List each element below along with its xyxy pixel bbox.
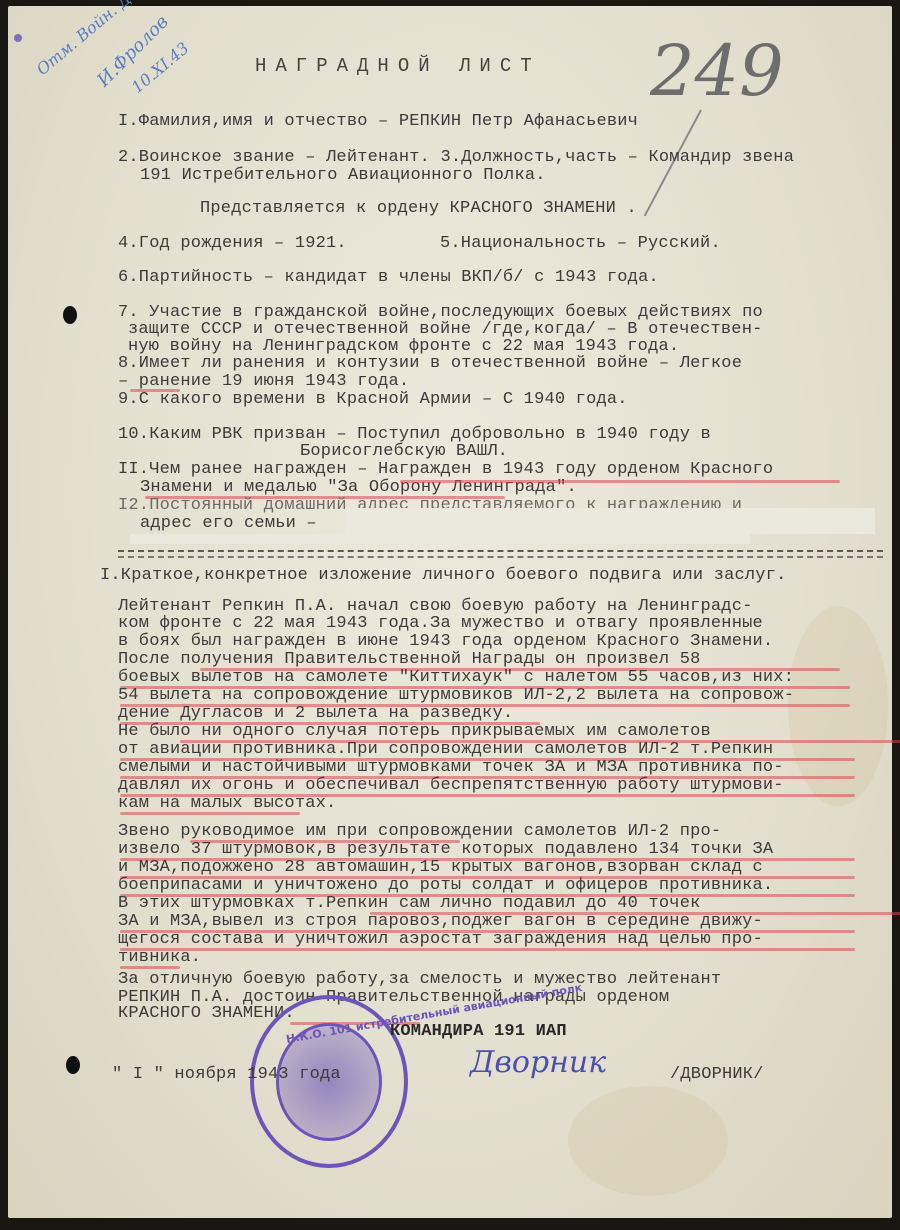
narrative-line: боевых вылетов на самолете "Киттихаук" с… — [118, 668, 794, 687]
sheet-number: 249 — [650, 30, 784, 112]
field-party: 6.Партийность – кандидат в члены ВКП/б/ … — [118, 268, 659, 287]
field-birth-year: 4.Год рождения – 1921. — [118, 234, 347, 253]
field-wounds: 8.Имеет ли ранения и контузии в отечеств… — [118, 354, 742, 373]
field-unit: 191 Истребительного Авиационного Полка. — [140, 166, 546, 185]
document-title: НАГРАДНОЙ ЛИСТ — [255, 55, 541, 77]
narrative-line: ком фронте с 22 мая 1943 года.За мужеств… — [118, 614, 763, 633]
ink-mark — [14, 34, 22, 42]
punch-hole — [66, 1056, 80, 1074]
field-service-since: 9.С какого времени в Красной Армии – С 1… — [118, 390, 628, 409]
field-nominated-for: Представляется к ордену КРАСНОГО ЗНАМЕНИ… — [200, 199, 637, 218]
narrative-line: КРАСНОГО ЗНАМЕНИ. — [118, 1004, 295, 1023]
field-rank-position: 2.Воинское звание – Лейтенант. 3.Должнос… — [118, 148, 794, 167]
redacted-address — [345, 508, 875, 534]
narrative-line: тивника. — [118, 948, 201, 967]
red-underline — [120, 812, 300, 815]
narrative-line: ЗА и МЗА,вывел из строя паровоз,поджег в… — [118, 912, 763, 931]
commander-title: КОМАНДИРА 191 ИАП — [390, 1022, 567, 1041]
narrative-line: давлял их огонь и обеспечивал беспрепятс… — [118, 776, 784, 795]
field-drafted-by-2: Борисоглебскую ВАШЛ. — [300, 442, 508, 461]
narrative-line: Не было ни одного случая потерь прикрыва… — [118, 722, 711, 741]
section-heading: I.Краткое,конкретное изложение личного б… — [100, 566, 787, 585]
narrative-line: В этих штурмовках т.Репкин сам лично под… — [118, 894, 701, 913]
red-underline — [120, 966, 180, 969]
field-home-address-2: адрес его семьи – — [140, 514, 317, 533]
narrative-line: смелыми и настойчивыми штурмовками точек… — [118, 758, 784, 777]
paper-stain — [568, 1086, 728, 1196]
narrative-line: дение Дугласов и 2 вылета на разведку. — [118, 704, 513, 723]
red-underline — [120, 948, 855, 951]
narrative-line: боеприпасами и уничтожено до роты солдат… — [118, 876, 773, 895]
separator-line — [118, 550, 883, 558]
narrative-line: Звено руководимое им при сопровождении с… — [118, 822, 721, 841]
field-prior-awards: II.Чем ранее награжден – Награжден в 194… — [118, 460, 773, 479]
narrative-line: После получения Правительственной Наград… — [118, 650, 701, 669]
narrative-line: 54 вылета на сопровождение штурмовиков И… — [118, 686, 794, 705]
red-underline — [400, 480, 840, 483]
narrative-line: За отличную боевую работу,за смелость и … — [118, 970, 721, 989]
field-full-name: I.Фамилия,имя и отчество – РЕПКИН Петр А… — [118, 112, 638, 131]
narrative-line: от авиации противника.При сопровождении … — [118, 740, 773, 759]
narrative-line: извело 37 штурмовок,в результате которых… — [118, 840, 773, 859]
narrative-line: кам на малых высотах. — [118, 794, 336, 813]
field-nationality: 5.Национальность – Русский. — [440, 234, 721, 253]
redacted-address — [130, 534, 750, 544]
narrative-line: и МЗА,подожжено 28 автомашин,15 крытых в… — [118, 858, 763, 877]
punch-hole — [63, 306, 77, 324]
date-line: " I " ноября 1943 года — [112, 1065, 341, 1084]
commander-signature: Дворник — [470, 1045, 606, 1080]
signer-name: /ДВОРНИК/ — [670, 1065, 764, 1084]
narrative-line: щегося состава и уничтожил аэростат загр… — [118, 930, 763, 949]
narrative-line: в боях был награжден в июне 1943 года ор… — [118, 632, 773, 651]
